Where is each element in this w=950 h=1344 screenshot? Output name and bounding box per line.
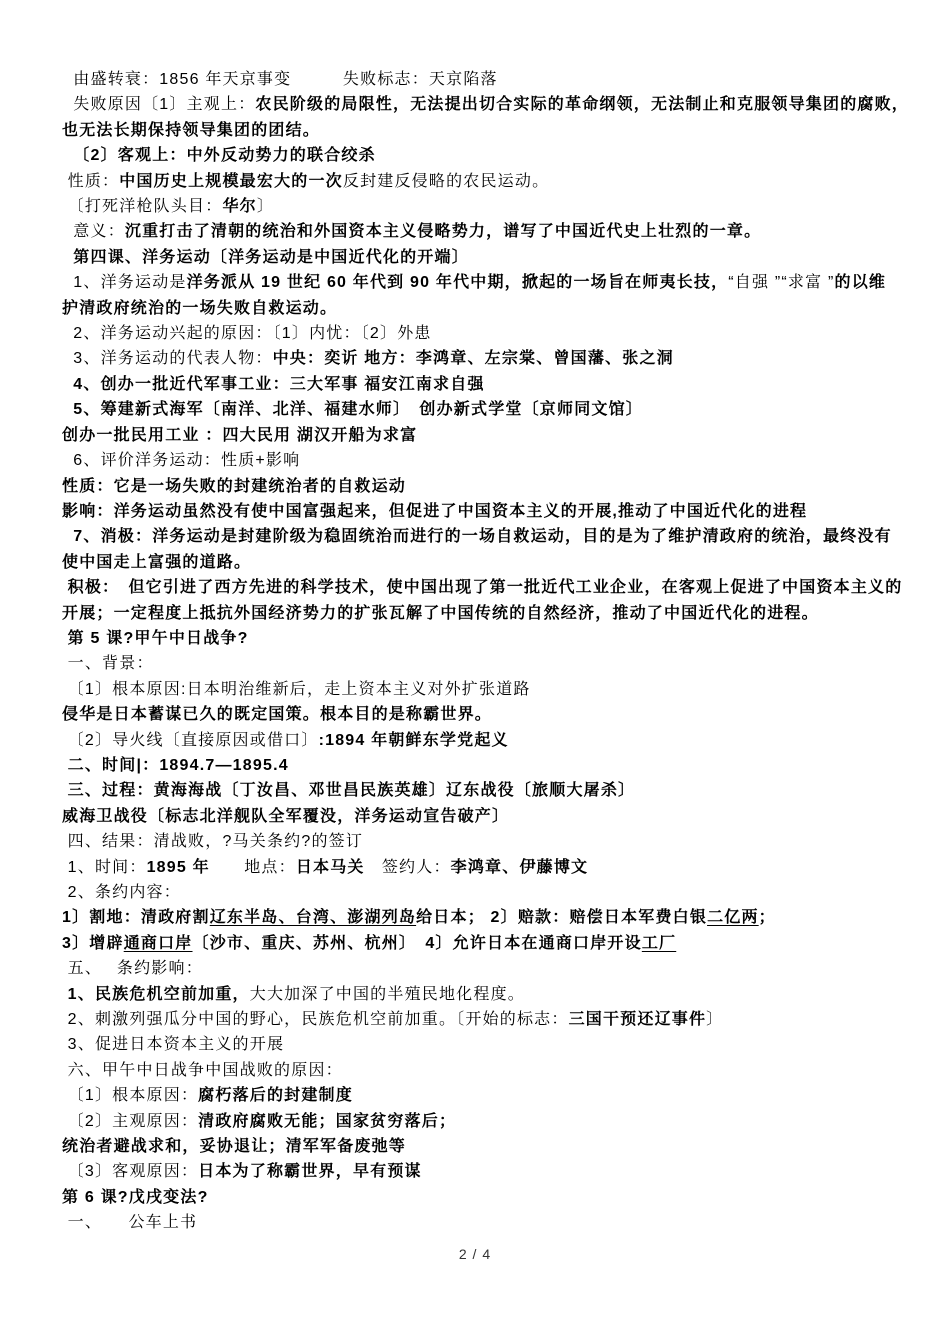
text-line: 〔2〕主观原因：清政府腐败无能；国家贫穷落后； [62, 1109, 912, 1134]
text-segment: 3、促进日本资本主义的开展 [62, 1036, 284, 1053]
text-line: 1〕割地：清政府割辽东半岛、台湾、澎湖列岛给日本； 2〕赔款：赔偿日本军费白银二… [62, 905, 912, 930]
text-segment: 由盛转衰：1856 年天京事变 失败标志：天京陷落 [62, 71, 498, 88]
text-line: 意义：沉重打击了清朝的统治和外国资本主义侵略势力，谱写了中国近代史上壮烈的一章。 [62, 219, 912, 244]
text-segment: 的以维 [835, 274, 887, 291]
text-line: 创办一批民用工业 ：四大民用 湖汉开船为求富 [62, 423, 912, 448]
text-segment: 创办一批民用工业 ：四大民用 湖汉开船为求富 [62, 427, 417, 444]
text-line: 威海卫战役〔标志北洋舰队全军覆没，洋务运动宣告破产〕 [62, 804, 912, 829]
text-line: 由盛转衰：1856 年天京事变 失败标志：天京陷落 [62, 67, 912, 92]
text-line: 〔1〕根本原因：腐朽落后的封建制度 [62, 1083, 912, 1108]
text-segment: 清政府腐败无能；国家贫穷落后； [198, 1113, 456, 1130]
text-segment: 3、洋务运动的代表人物： [62, 350, 273, 367]
text-line: 6、评价洋务运动：性质+影响 [62, 448, 912, 473]
text-segment: 农民阶级的局限性，无法提出切合实际的革命纲领，无法制止和克服领导集团的腐败， [255, 96, 909, 113]
text-line: 统治者避战求和，妥协退让；清军军备废弛等 [62, 1134, 912, 1159]
text-line: 4、创办一批近代军事工业：三大军事 福安江南求自强 [62, 372, 912, 397]
text-segment: 第 5 课?甲午中日战争? [62, 630, 249, 647]
text-line: 2、刺激列强瓜分中国的野心，民族危机空前加重。〔开始的标志：三国干预还辽事件〕 [62, 1007, 912, 1032]
text-line: 1、时间：1895 年 地点：日本马关 签约人：李鸿章、伊藤博文 [62, 855, 912, 880]
text-segment: 〔1〕根本原因： [62, 1087, 198, 1104]
text-segment: “自强 ”“求富 ” [728, 274, 834, 291]
text-segment: 三国干预还辽事件 [569, 1011, 707, 1028]
text-line: 7、消极：洋务运动是封建阶级为稳固统治而进行的一场自救运动，目的是为了维护清政府… [62, 524, 912, 549]
text-line: 护清政府统治的一场失败自救运动。 [62, 296, 912, 321]
text-line: 〔1〕根本原因:日本明治维新后，走上资本主义对外扩张道路 [62, 677, 912, 702]
text-segment: 华尔 [222, 198, 256, 215]
text-segment: 四、结果：清战败，?马关条约?的签订 [62, 833, 363, 850]
text-segment: 〔1〕根本原因:日本明治维新后，走上资本主义对外扩张道路 [62, 681, 531, 698]
text-segment: 洋务派从 19 世纪 60 年代到 90 年代中期，掀起的一场旨在师夷长技， [187, 274, 729, 291]
text-line: 侵华是日本蓄谋已久的既定国策。根本目的是称霸世界。 [62, 702, 912, 727]
text-line: 〔2〕客观上：中外反动势力的联合绞杀 [62, 143, 912, 168]
text-line: 使中国走上富强的道路。 [62, 550, 912, 575]
text-segment: 2、洋务运动兴起的原因：〔1〕内忧：〔2〕外患 [62, 325, 432, 342]
text-segment: 6、评价洋务运动：性质+影响 [62, 452, 300, 469]
text-segment: 辽东半岛、台湾、澎湖列岛 [210, 909, 416, 926]
text-segment: 二、时间|：1894.7—1895.4 [62, 757, 289, 774]
text-segment: 1〕割地：清政府割 [62, 909, 210, 926]
text-segment: 腐朽落后的封建制度 [198, 1087, 353, 1104]
text-line: 性质：它是一场失败的封建统治者的自救运动 [62, 474, 912, 499]
page-footer: 2 / 4 [0, 1246, 950, 1264]
text-segment: 〔2〕主观原因： [62, 1113, 198, 1130]
text-line: 〔3〕客观原因：日本为了称霸世界，早有预谋 [62, 1159, 912, 1184]
page-number: 2 / 4 [459, 1246, 491, 1262]
text-segment: 中央：奕䜣 地方：李鸿章、左宗棠、曾国藩、张之洞 [273, 350, 674, 367]
text-line: 二、时间|：1894.7—1895.4 [62, 753, 912, 778]
text-segment: 开展；一定程度上抵抗外国经济势力的扩张瓦解了中国传统的自然经济，推动了中国近代化… [62, 605, 819, 622]
text-segment: 反封建反侵略的农民运动。 [343, 173, 549, 190]
text-line: 失败原因〔1〕主观上：农民阶级的局限性，无法提出切合实际的革命纲领，无法制止和克… [62, 92, 912, 117]
text-line: 3、促进日本资本主义的开展 [62, 1032, 912, 1057]
text-segment: 7、消极：洋务运动是封建阶级为稳固统治而进行的一场自救运动，目的是为了维护清政府… [62, 528, 892, 545]
text-segment: 〔沙市、重庆、苏州、杭州〕 4〕允许日本在通商口岸开设 [193, 935, 642, 952]
text-segment: 使中国走上富强的道路。 [62, 554, 251, 571]
text-line: 3〕增辟通商口岸〔沙市、重庆、苏州、杭州〕 4〕允许日本在通商口岸开设工厂 [62, 931, 912, 956]
text-segment: 意义： [62, 223, 125, 240]
text-line: 三、过程：黄海海战〔丁汝昌、邓世昌民族英雄〕辽东战役〔旅顺大屠杀〕 [62, 778, 912, 803]
text-line: 1、洋务运动是洋务派从 19 世纪 60 年代到 90 年代中期，掀起的一场旨在… [62, 270, 912, 295]
text-segment: 2、刺激列强瓜分中国的野心，民族危机空前加重。〔开始的标志： [62, 1011, 569, 1028]
text-segment: 〔打死洋枪队头目： [62, 198, 222, 215]
text-segment: 一、 公车上书 [62, 1214, 197, 1231]
text-segment: 1、洋务运动是 [62, 274, 187, 291]
text-line: 〔打死洋枪队头目：华尔〕 [62, 194, 912, 219]
text-segment: 积极： 但它引进了西方先进的科学技术，使中国出现了第一批近代工业企业，在客观上促… [62, 579, 902, 596]
text-segment: 三、过程：黄海海战〔丁汝昌、邓世昌民族英雄〕辽东战役〔旅顺大屠杀〕 [62, 782, 635, 799]
text-segment: 1、民族危机空前加重， [62, 986, 250, 1003]
text-line: 〔2〕导火线〔直接原因或借口〕:1894 年朝鲜东学党起义 [62, 728, 912, 753]
text-line: 一、背景： [62, 651, 912, 676]
text-segment: 〔2〕导火线〔直接原因或借口〕 [62, 732, 319, 749]
text-segment: 工厂 [642, 935, 676, 952]
text-segment: 一、背景： [62, 655, 154, 672]
text-segment: 失败原因〔1〕主观上： [62, 96, 255, 113]
text-segment: 日本为了称霸世界，早有预谋 [198, 1163, 422, 1180]
text-segment: 性质： [62, 173, 119, 190]
text-segment: 5、筹建新式海军〔南洋、北洋、福建水师〕 创办新式学堂〔京师同文馆〕 [62, 401, 643, 418]
document-body: 由盛转衰：1856 年天京事变 失败标志：天京陷落 失败原因〔1〕主观上：农民阶… [62, 67, 912, 1236]
text-line: 性质：中国历史上规模最宏大的一次反封建反侵略的农民运动。 [62, 169, 912, 194]
text-line: 第 5 课?甲午中日战争? [62, 626, 912, 651]
text-segment: 日本马关 [296, 859, 365, 876]
document-page: 由盛转衰：1856 年天京事变 失败标志：天京陷落 失败原因〔1〕主观上：农民阶… [0, 0, 950, 1344]
text-line: 积极： 但它引进了西方先进的科学技术，使中国出现了第一批近代工业企业，在客观上促… [62, 575, 912, 600]
text-segment: 4、创办一批近代军事工业：三大军事 福安江南求自强 [62, 376, 485, 393]
text-segment: 李鸿章、伊藤博文 [451, 859, 589, 876]
text-line: 1、民族危机空前加重，大大加深了中国的半殖民地化程度。 [62, 982, 912, 1007]
text-line: 影响：洋务运动虽然没有使中国富强起来，但促进了中国资本主义的开展,推动了中国近代… [62, 499, 912, 524]
text-line: 第 6 课?戊戌变法? [62, 1185, 912, 1210]
text-segment: 第四课、洋务运动〔洋务运动是中国近代化的开端〕 [62, 249, 469, 266]
text-segment: 2、条约内容： [62, 884, 181, 901]
text-line: 四、结果：清战败，?马关条约?的签订 [62, 829, 912, 854]
text-segment: 性质：它是一场失败的封建统治者的自救运动 [62, 478, 406, 495]
text-segment: 六、甲午中日战争中国战败的原因： [62, 1062, 343, 1079]
text-segment: 侵华是日本蓄谋已久的既定国策。根本目的是称霸世界。 [62, 706, 492, 723]
text-segment: 二亿两 [707, 909, 759, 926]
text-segment: 〔3〕客观原因： [62, 1163, 198, 1180]
text-segment: 五、 条约影响： [62, 960, 203, 977]
text-segment: 中国历史上规模最宏大的一次 [119, 173, 343, 190]
text-line: 2、洋务运动兴起的原因：〔1〕内忧：〔2〕外患 [62, 321, 912, 346]
text-segment: 护清政府统治的一场失败自救运动。 [62, 300, 337, 317]
text-segment: 〕 [257, 198, 274, 215]
text-segment: :1894 年朝鲜东学党起义 [319, 732, 509, 749]
text-segment: ； [759, 909, 776, 926]
text-segment: 3〕增辟 [62, 935, 124, 952]
text-segment: 也无法长期保持领导集团的团结。 [62, 122, 320, 139]
text-line: 开展；一定程度上抵抗外国经济势力的扩张瓦解了中国传统的自然经济，推动了中国近代化… [62, 601, 912, 626]
text-segment: 统治者避战求和，妥协退让；清军军备废弛等 [62, 1138, 406, 1155]
text-segment: 通商口岸 [124, 935, 193, 952]
text-line: 2、条约内容： [62, 880, 912, 905]
text-line: 5、筹建新式海军〔南洋、北洋、福建水师〕 创办新式学堂〔京师同文馆〕 [62, 397, 912, 422]
text-segment: 签约人： [365, 859, 451, 876]
text-line: 也无法长期保持领导集团的团结。 [62, 118, 912, 143]
text-segment: 〔2〕客观上：中外反动势力的联合绞杀 [62, 147, 376, 164]
text-segment: 地点： [210, 859, 296, 876]
text-segment: 影响：洋务运动虽然没有使中国富强起来，但促进了中国资本主义的开展,推动了中国近代… [62, 503, 807, 520]
text-segment: 大大加深了中国的半殖民地化程度。 [250, 986, 525, 1003]
text-segment: 给日本； 2〕赔款：赔偿日本军费白银 [416, 909, 707, 926]
text-line: 第四课、洋务运动〔洋务运动是中国近代化的开端〕 [62, 245, 912, 270]
text-segment: 威海卫战役〔标志北洋舰队全军覆没，洋务运动宣告破产〕 [62, 808, 509, 825]
text-line: 六、甲午中日战争中国战败的原因： [62, 1058, 912, 1083]
text-segment: 第 6 课?戊戌变法? [62, 1189, 209, 1206]
text-segment: 1、时间： [62, 859, 147, 876]
text-segment: 沉重打击了清朝的统治和外国资本主义侵略势力，谱写了中国近代史上壮烈的一章。 [125, 223, 761, 240]
text-line: 一、 公车上书 [62, 1210, 912, 1235]
text-line: 五、 条约影响： [62, 956, 912, 981]
text-segment: 〕 [706, 1011, 723, 1028]
text-segment: 1895 年 [147, 859, 210, 876]
text-line: 3、洋务运动的代表人物：中央：奕䜣 地方：李鸿章、左宗棠、曾国藩、张之洞 [62, 346, 912, 371]
